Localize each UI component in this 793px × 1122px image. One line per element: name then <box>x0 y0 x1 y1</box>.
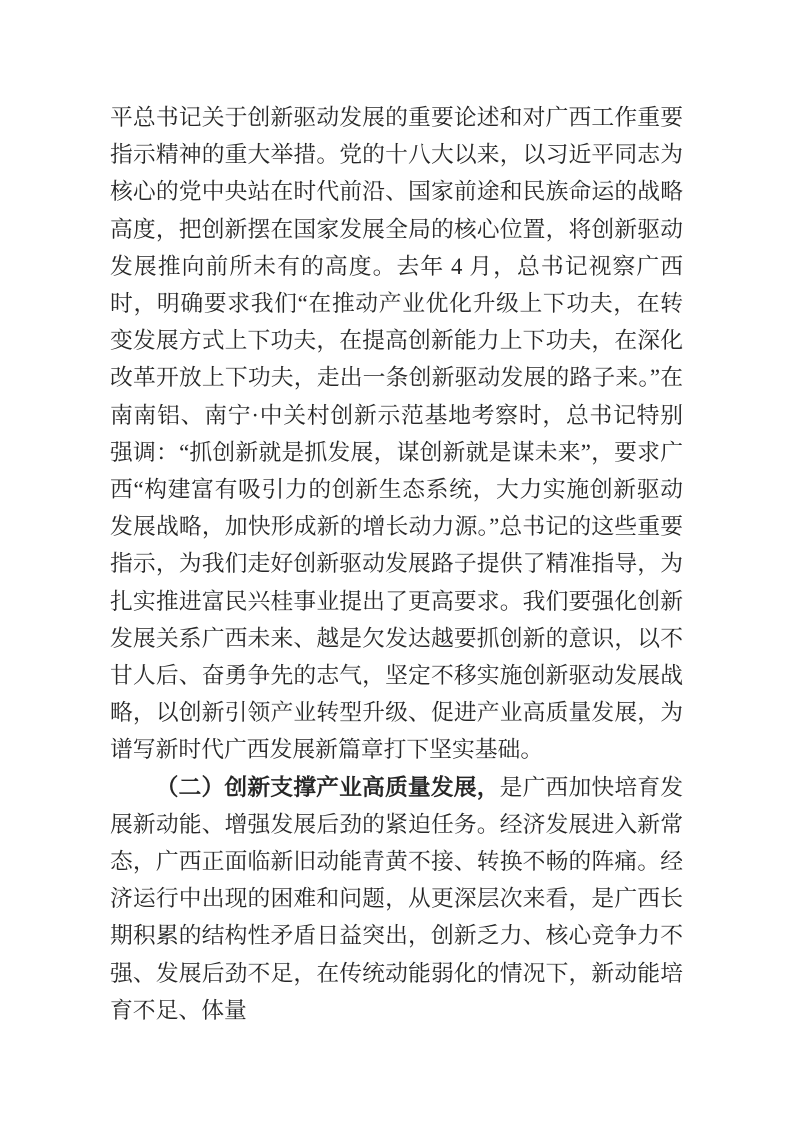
paragraph-1: 平总书记关于创新驱动发展的重要论述和对广西工作重要指示精神的重大举措。党的十八大… <box>110 99 683 769</box>
paragraph-body-text: 平总书记关于创新驱动发展的重要论述和对广西工作重要指示精神的重大举措。党的十八大… <box>110 105 683 762</box>
document-body: 平总书记关于创新驱动发展的重要论述和对广西工作重要指示精神的重大举措。党的十八大… <box>110 99 683 1029</box>
document-page: 平总书记关于创新驱动发展的重要论述和对广西工作重要指示精神的重大举措。党的十八大… <box>0 0 793 1122</box>
paragraph-body-text: 是广西加快培育发展新动能、增强发展后劲的紧迫任务。经济发展进入新常态，广西正面临… <box>110 775 683 1023</box>
paragraph-2: （二）创新支撑产业高质量发展，是广西加快培育发展新动能、增强发展后劲的紧迫任务。… <box>110 769 683 1029</box>
paragraph-lead-bold-text: （二）创新支撑产业高质量发展， <box>156 775 500 800</box>
